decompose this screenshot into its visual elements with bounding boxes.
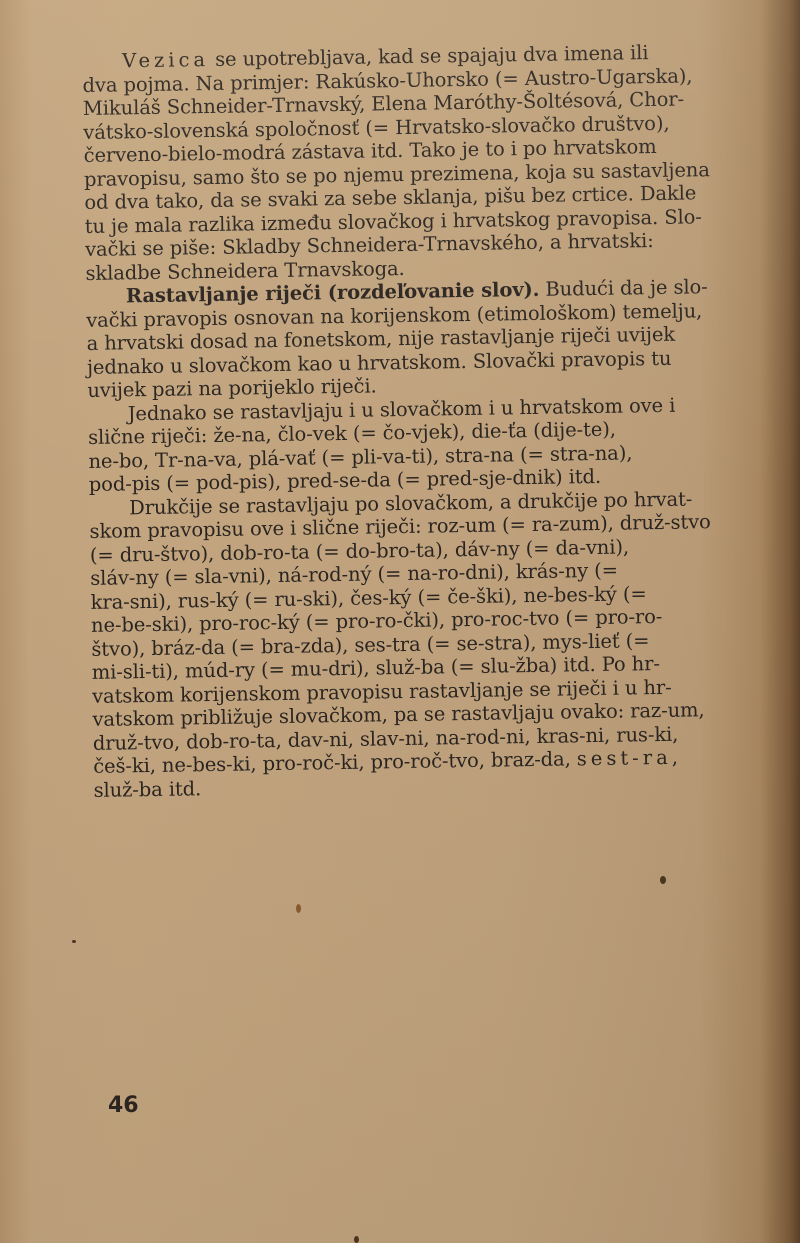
line-text: Budući da je slo- bbox=[539, 275, 708, 301]
emphasized-term: Vezica bbox=[122, 48, 209, 72]
page-number: 46 bbox=[108, 1093, 139, 1118]
page-body-text: Vezica se upotrebljava, kad se spajaju d… bbox=[82, 39, 794, 802]
paper-speck bbox=[296, 904, 301, 913]
paper-speck bbox=[660, 876, 666, 884]
line-text: , bbox=[672, 746, 678, 769]
line-text: služ-ba itd. bbox=[93, 777, 201, 802]
emphasized-term: sest-ra bbox=[577, 746, 672, 770]
book-page: Vezica se upotrebljava, kad se spajaju d… bbox=[0, 0, 800, 1243]
paper-speck bbox=[72, 940, 76, 943]
paper-speck bbox=[354, 1236, 359, 1243]
